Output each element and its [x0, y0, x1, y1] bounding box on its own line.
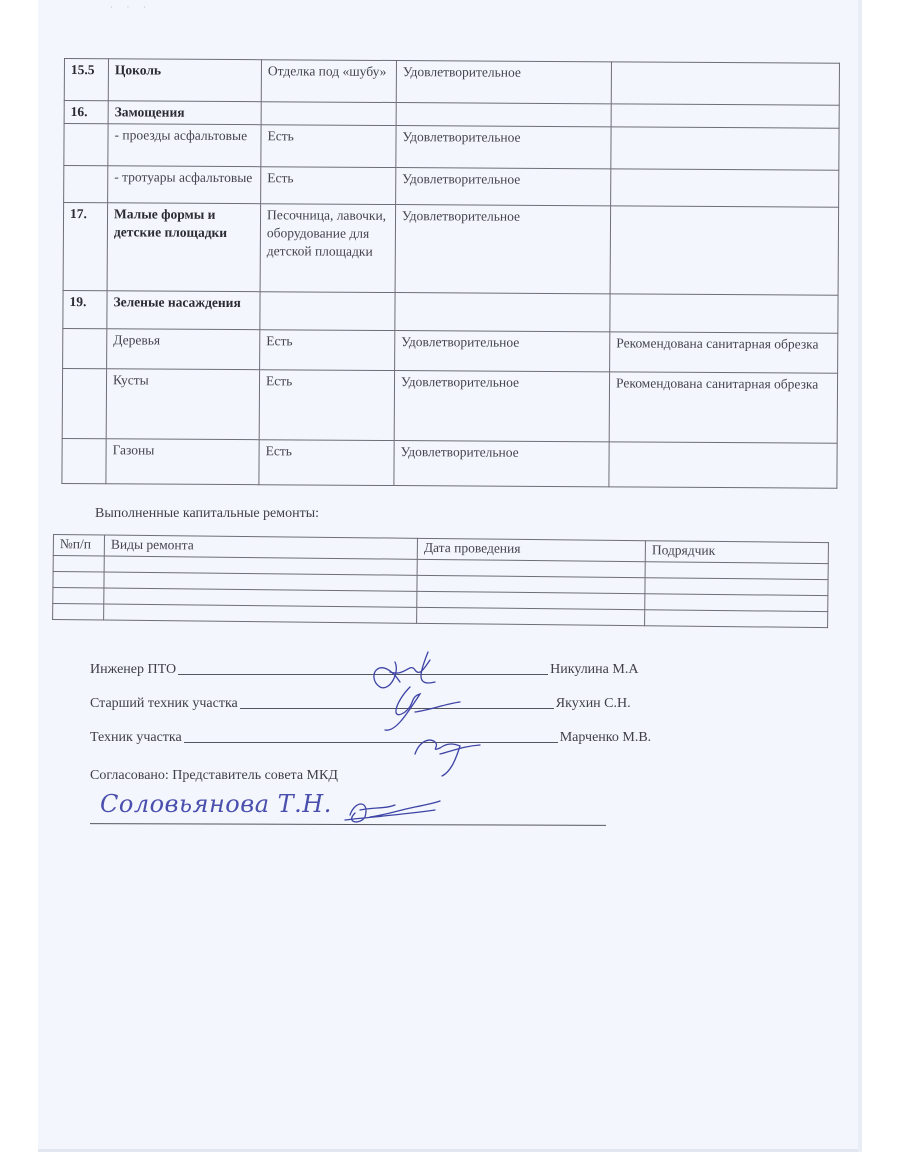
cell-condition: Удовлетворительное: [396, 168, 611, 206]
table-cell: [645, 610, 828, 628]
column-header: №п/п: [53, 535, 104, 557]
column-header: Дата проведения: [417, 538, 645, 561]
table-cell: [104, 604, 417, 623]
cell-note: Рекомендована санитарная обрезка: [610, 332, 838, 373]
cell-num: 15.5: [64, 59, 108, 101]
repairs-table: №п/пВиды ремонтаДата проведенияПодрядчик: [52, 534, 829, 628]
table-row: 19.Зеленые насаждения: [63, 290, 838, 333]
cell-note: [610, 206, 839, 295]
table-cell: [53, 556, 104, 573]
cell-condition: [395, 293, 610, 332]
approval-handwritten-name: Соловьянова Т.Н.: [100, 790, 332, 818]
inspection-table: 15.5ЦокольОтделка под «шубу»Удовлетворит…: [61, 58, 840, 489]
cell-num: 19.: [63, 290, 107, 328]
cell-element: Деревья: [107, 329, 260, 370]
column-header: Подрядчик: [645, 541, 828, 564]
cell-element: - проезды асфальтовые: [108, 124, 261, 167]
cell-note: [611, 62, 839, 105]
signature-name: Якухин С.Н.: [556, 696, 631, 712]
table-row: - проезды асфальтовыеЕстьУдовлетворитель…: [64, 124, 839, 171]
cell-num: [63, 328, 107, 368]
cell-condition: Удовлетворительное: [396, 61, 611, 104]
table-row: ДеревьяЕстьУдовлетворительноеРекомендова…: [63, 328, 838, 373]
cell-note: Рекомендована санитарная обрезка: [609, 372, 837, 443]
signature-role: Техник участка: [90, 730, 182, 746]
cell-description: Есть: [261, 125, 396, 168]
table-cell: [645, 562, 828, 580]
cell-element: Газоны: [106, 439, 259, 485]
table-row: 17.Малые формы и детские площадкиПесочни…: [63, 203, 839, 296]
cell-description: Есть: [259, 370, 394, 441]
signature-role: Инженер ПТО: [90, 662, 176, 678]
table-cell: [53, 588, 104, 605]
repairs-heading: Выполненные капитальные ремонты:: [95, 506, 319, 522]
cell-condition: Удовлетворительное: [394, 371, 609, 442]
approval-label: Согласовано: Представитель совета МКД: [90, 768, 338, 784]
approval-signature-scribble-icon: [340, 795, 450, 830]
table-cell: [417, 607, 645, 625]
cell-condition: Удовлетворительное: [396, 126, 611, 169]
table-cell: [645, 594, 828, 612]
cell-element: Кусты: [106, 369, 259, 440]
signature-name: Никулина М.А: [550, 662, 638, 678]
cell-element: Замощения: [108, 101, 261, 125]
cell-num: [62, 368, 106, 438]
cell-note: [611, 169, 839, 207]
cell-num: [64, 166, 108, 203]
cell-description: [260, 292, 395, 331]
cell-condition: Удовлетворительное: [395, 331, 610, 372]
cell-condition: Удовлетворительное: [395, 205, 611, 294]
cell-element: Цоколь: [108, 59, 261, 102]
table-cell: [53, 604, 104, 621]
signature-name: Марченко М.В.: [560, 730, 651, 746]
signature-scribble-icon: [360, 642, 470, 772]
table-row: - тротуары асфальтовыеЕстьУдовлетворител…: [64, 166, 839, 208]
cell-note: [610, 294, 838, 333]
cell-num: 17.: [63, 203, 108, 291]
cell-num: 16.: [64, 101, 108, 124]
cell-condition: Удовлетворительное: [394, 441, 609, 487]
cell-num: [62, 438, 106, 483]
table-cell: [645, 578, 828, 596]
table-row: ГазоныЕстьУдовлетворительное: [62, 438, 837, 488]
cell-num: [64, 124, 108, 166]
scan-artifact: · · ·: [110, 3, 152, 12]
cell-description: Отделка под «шубу»: [261, 60, 396, 103]
table-row: КустыЕстьУдовлетворительноеРекомендована…: [62, 368, 837, 443]
cell-description: [261, 102, 396, 126]
cell-description: Песочница, лавочки, оборудование для дет…: [260, 204, 396, 293]
cell-element: Зеленые насаждения: [107, 291, 260, 330]
cell-note: [609, 442, 837, 488]
table-row: 15.5ЦокольОтделка под «шубу»Удовлетворит…: [64, 59, 839, 106]
cell-description: Есть: [260, 330, 395, 371]
cell-note: [611, 104, 839, 128]
cell-condition: [396, 103, 611, 127]
cell-element: Малые формы и детские площадки: [107, 203, 261, 292]
cell-description: Есть: [261, 167, 396, 205]
cell-description: Есть: [259, 440, 394, 486]
cell-note: [611, 127, 839, 170]
table-cell: [53, 572, 104, 589]
cell-element: - тротуары асфальтовые: [108, 166, 261, 204]
signature-role: Старший техник участка: [90, 696, 238, 712]
